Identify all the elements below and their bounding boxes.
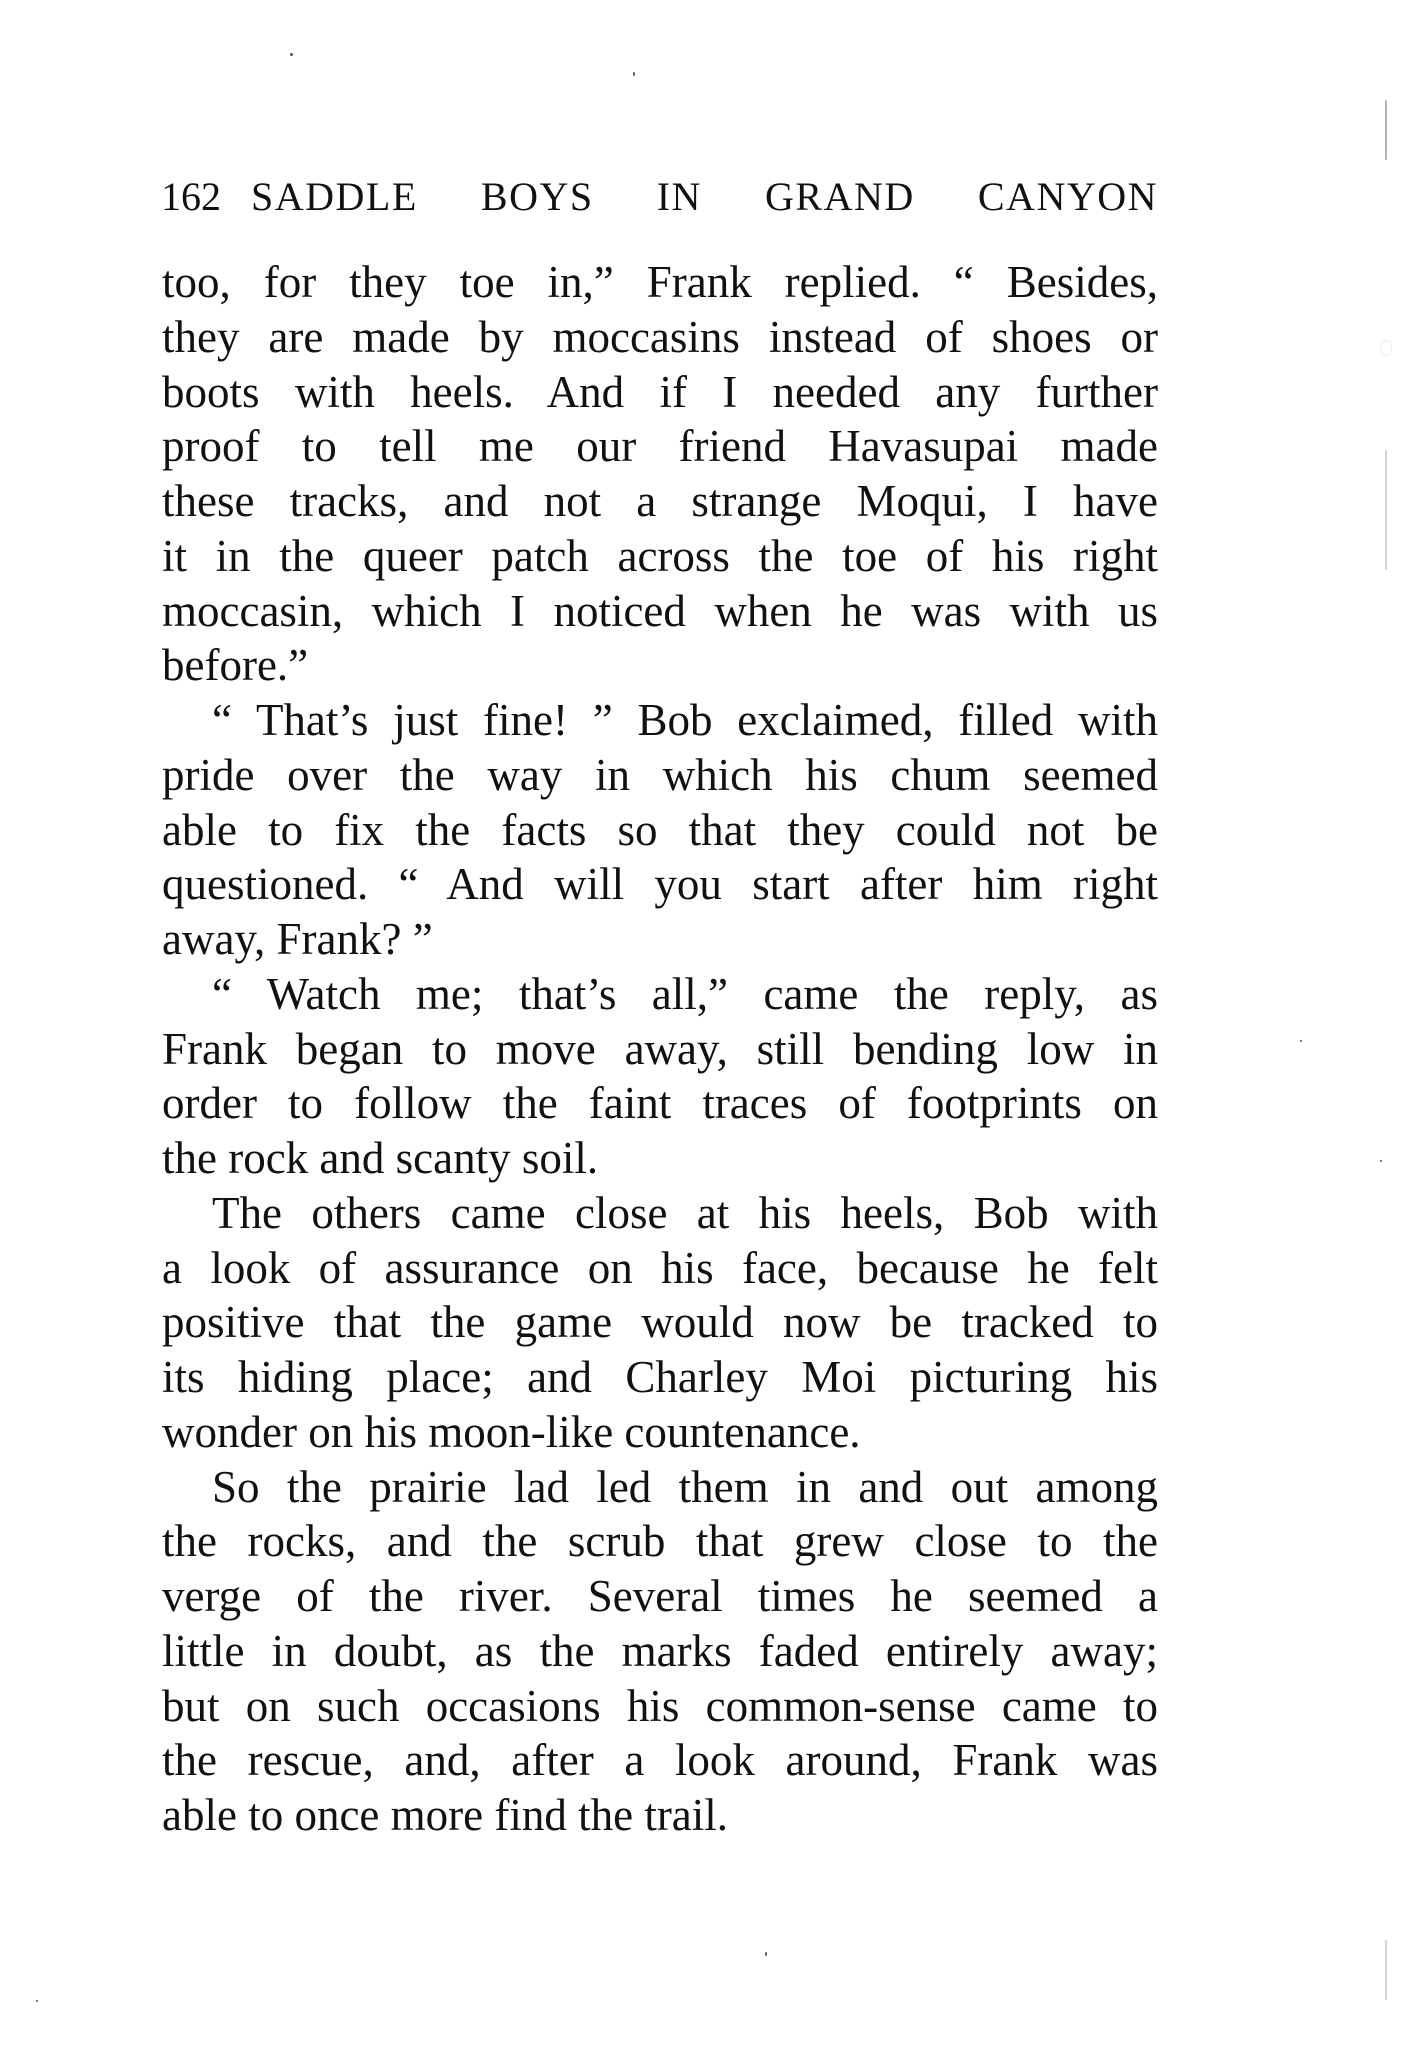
text-line: the rescue, and, after a look around, Fr…: [162, 1733, 1158, 1788]
text-line: its hiding place; and Charley Moi pictur…: [162, 1350, 1158, 1405]
paragraph: So the prairie lad led them in and out a…: [162, 1460, 1158, 1843]
scan-speck: [1385, 1940, 1387, 2000]
text-line: moccasin, which I noticed when he was wi…: [162, 584, 1158, 639]
scan-speck: [1380, 1160, 1382, 1162]
scan-speck: [633, 72, 635, 76]
scan-speck: [36, 2000, 38, 2002]
scan-speck: [1300, 1040, 1302, 1042]
text-line: “ That’s just fine! ” Bob exclaimed, fil…: [162, 693, 1158, 748]
book-title: SADDLE BOYS IN GRAND CANYON: [251, 172, 1158, 222]
text-line: little in doubt, as the marks faded enti…: [162, 1624, 1158, 1679]
text-line: boots with heels. And if I needed any fu…: [162, 365, 1158, 420]
text-line: they are made by moccasins instead of sh…: [162, 310, 1158, 365]
scan-speck: [1385, 100, 1387, 160]
text-line: pride over the way in which his chum see…: [162, 748, 1158, 803]
scan-speck: [765, 1952, 767, 1956]
book-page: 162 SADDLE BOYS IN GRAND CANYON too, for…: [0, 0, 1409, 2067]
scan-speck: [290, 53, 293, 56]
text-line: the rock and scanty soil.: [162, 1131, 1158, 1186]
text-line: it in the queer patch across the toe of …: [162, 529, 1158, 584]
text-line: but on such occasions his common-sense c…: [162, 1679, 1158, 1734]
text-line: these tracks, and not a strange Moqui, I…: [162, 474, 1158, 529]
text-line: able to once more find the trail.: [162, 1788, 1158, 1843]
text-line: The others came close at his heels, Bob …: [162, 1186, 1158, 1241]
text-line: able to fix the facts so that they could…: [162, 803, 1158, 858]
text-line: “ Watch me; that’s all,” came the reply,…: [162, 967, 1158, 1022]
running-head: 162 SADDLE BOYS IN GRAND CANYON: [161, 172, 1158, 222]
text-line: wonder on his moon-like countenance.: [162, 1405, 1158, 1460]
paragraph: “ That’s just fine! ” Bob exclaimed, fil…: [162, 693, 1158, 967]
text-line: order to follow the faint traces of foot…: [162, 1076, 1158, 1131]
scan-speck: [1385, 450, 1387, 570]
paragraph: “ Watch me; that’s all,” came the reply,…: [162, 967, 1158, 1186]
text-line: too, for they toe in,” Frank replied. “ …: [162, 255, 1158, 310]
text-line: away, Frank? ”: [162, 912, 1158, 967]
text-line: proof to tell me our friend Havasupai ma…: [162, 419, 1158, 474]
scan-speck: [1380, 340, 1392, 356]
text-line: the rocks, and the scrub that grew close…: [162, 1514, 1158, 1569]
page-number: 162: [161, 172, 221, 222]
text-line: verge of the river. Several times he see…: [162, 1569, 1158, 1624]
text-line: questioned. “ And will you start after h…: [162, 857, 1158, 912]
paragraph: The others came close at his heels, Bob …: [162, 1186, 1158, 1460]
text-line: before.”: [162, 638, 1158, 693]
paragraph: too, for they toe in,” Frank replied. “ …: [162, 255, 1158, 693]
text-line: Frank began to move away, still bending …: [162, 1022, 1158, 1077]
text-line: So the prairie lad led them in and out a…: [162, 1460, 1158, 1515]
text-line: positive that the game would now be trac…: [162, 1295, 1158, 1350]
body-text: too, for they toe in,” Frank replied. “ …: [162, 255, 1158, 1843]
text-line: a look of assurance on his face, because…: [162, 1241, 1158, 1296]
